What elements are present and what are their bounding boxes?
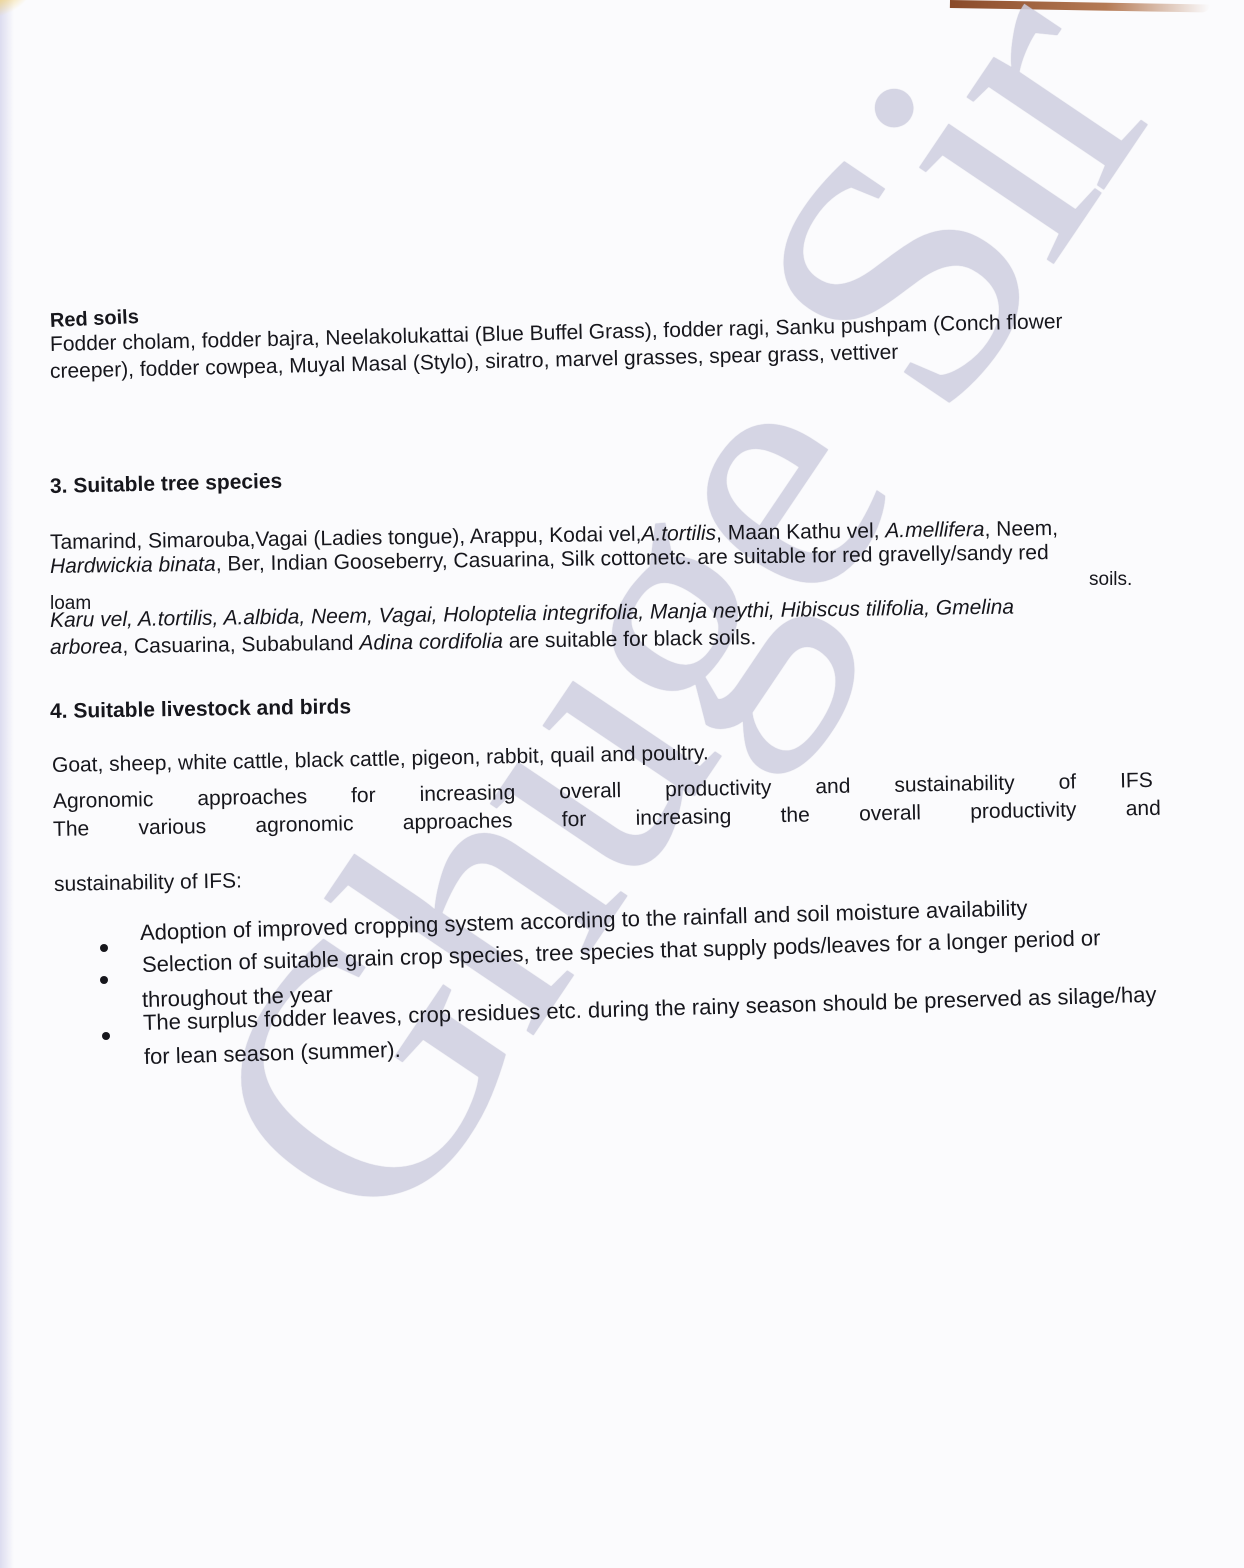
page-edge-shadow [0,0,14,1568]
tree-para1-line-3: soils. [1089,569,1132,591]
bullet-icon [100,976,108,984]
agronomic-row-3: sustainability of IFS: [54,869,242,897]
page-corner [0,0,40,20]
bullet-icon [100,944,108,952]
bullet-icon [102,1032,110,1040]
red-soils-heading: Red soils [49,306,139,333]
page-top-edge [950,0,1210,13]
section-3-heading: 3. Suitable tree species [50,470,283,499]
bullet-3-line-2: for lean season (summer). [144,1037,401,1070]
section-4-heading: 4. Suitable livestock and birds [50,695,351,724]
livestock-text: Goat, sheep, white cattle, black cattle,… [52,741,709,778]
tree-para2-line-1: Karu vel, A.tortilis, A.albida, Neem, Va… [50,596,1014,633]
